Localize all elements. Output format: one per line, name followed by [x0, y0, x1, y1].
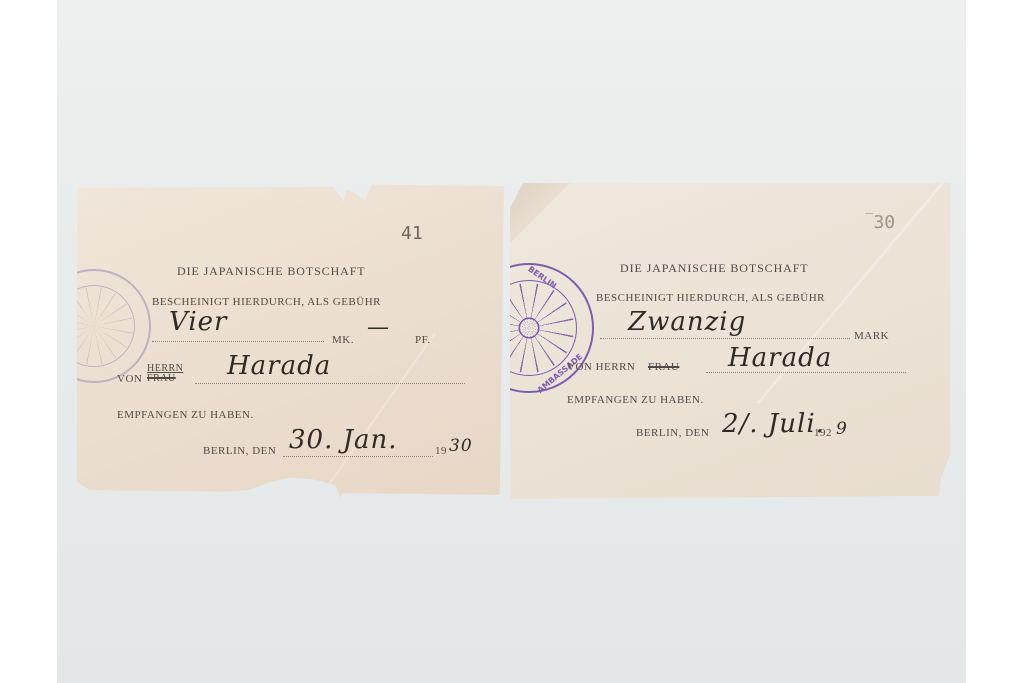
- frau-label-struck: FRAU: [648, 361, 679, 373]
- handwritten-amount: Vier: [169, 307, 227, 337]
- handwritten-year: 9: [836, 419, 848, 439]
- serial-number-value: 30: [873, 212, 895, 233]
- handwritten-year: 30: [449, 436, 473, 456]
- embassy-stamp-left: [37, 269, 151, 383]
- handwritten-date: 2/. Juli.: [722, 409, 825, 439]
- year-printed: 19: [435, 445, 447, 457]
- receipt-right: BERLIN AMBASSADE ‾30 DIE JAPANISCHE BOTS…: [510, 183, 950, 499]
- handwritten-name: Harada: [227, 351, 331, 381]
- von-herrn-label: VON HERRN: [567, 361, 635, 373]
- date-dotted-line: [283, 456, 433, 457]
- receipt-title: DIE JAPANISCHE BOTSCHAFT: [620, 261, 809, 276]
- frau-label-struck: FRAU: [147, 374, 183, 384]
- handwritten-amount: Zwanzig: [628, 307, 746, 337]
- handwritten-date: 30. Jan.: [289, 425, 398, 455]
- mk-label: MK.: [332, 334, 354, 346]
- amount-dotted-line: [600, 338, 850, 339]
- serial-number: 41: [401, 223, 423, 244]
- receipt-line-received: EMPFANGEN ZU HABEN.: [567, 394, 704, 406]
- mark-label: MARK: [854, 330, 889, 342]
- receipt-left: 41 DIE JAPANISCHE BOTSCHAFT BESCHEINIGT …: [77, 183, 504, 498]
- receipt-line-received: EMPFANGEN ZU HABEN.: [117, 409, 254, 421]
- place-date-label: BERLIN, DEN: [203, 445, 276, 457]
- place-date-label: BERLIN, DEN: [636, 427, 709, 439]
- serial-number: ‾30: [865, 212, 895, 233]
- pf-label: PF.: [415, 334, 431, 346]
- amount-dotted-line: [152, 341, 324, 342]
- von-label: VON: [117, 373, 142, 385]
- handwritten-pfennig: —: [367, 315, 390, 340]
- receipt-line-certifies: BESCHEINIGT HIERDURCH, ALS GEBÜHR: [596, 292, 825, 304]
- name-dotted-line: [195, 383, 465, 384]
- handwritten-name: Harada: [728, 343, 832, 373]
- receipt-title: DIE JAPANISCHE BOTSCHAFT: [177, 264, 366, 279]
- herrn-frau-selector: HERRN FRAU: [147, 364, 183, 384]
- year-printed: 192: [814, 427, 832, 439]
